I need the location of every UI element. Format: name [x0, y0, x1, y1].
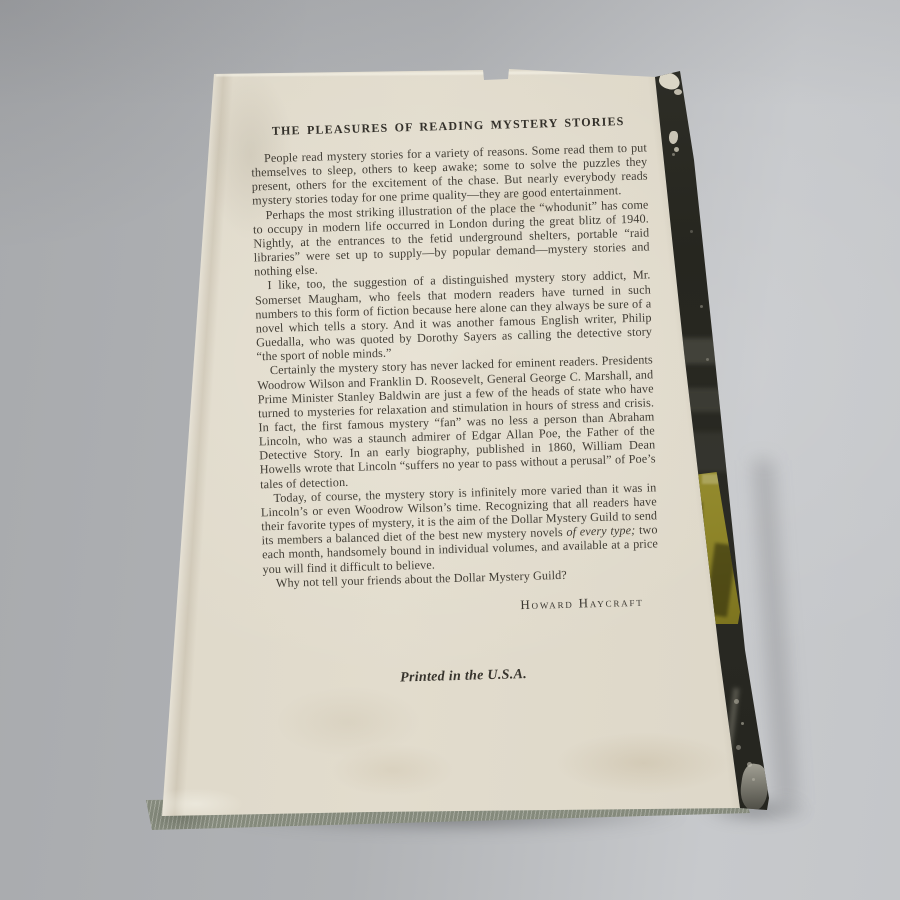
spine-paint-chip [669, 131, 678, 144]
essay-paragraph: Certainly the mystery story has never la… [257, 353, 656, 491]
spine-paint-chip [674, 147, 679, 152]
yellow-patch-highlight [702, 474, 722, 484]
essay-paragraph: Perhaps the most striking illustration o… [252, 197, 650, 279]
jacket-stain [556, 732, 731, 794]
essay-signature: Howard Haycraft [263, 593, 659, 620]
photo-backdrop: THE PLEASURES OF READING MYSTERY STORIES… [0, 0, 900, 900]
spine-paint-chip [674, 89, 682, 95]
essay-paragraphs: People read mystery stories for a variet… [251, 140, 659, 590]
printed-line: Printed in the U.S.A. [265, 663, 661, 690]
essay-paragraph: Today, of course, the mystery story is i… [260, 480, 658, 576]
jacket-blurb: THE PLEASURES OF READING MYSTERY STORIES… [250, 113, 662, 690]
jacket-stain [330, 744, 455, 796]
essay-title: THE PLEASURES OF READING MYSTERY STORIES [250, 113, 646, 139]
essay-paragraph: I like, too, the suggestion of a disting… [254, 268, 652, 364]
